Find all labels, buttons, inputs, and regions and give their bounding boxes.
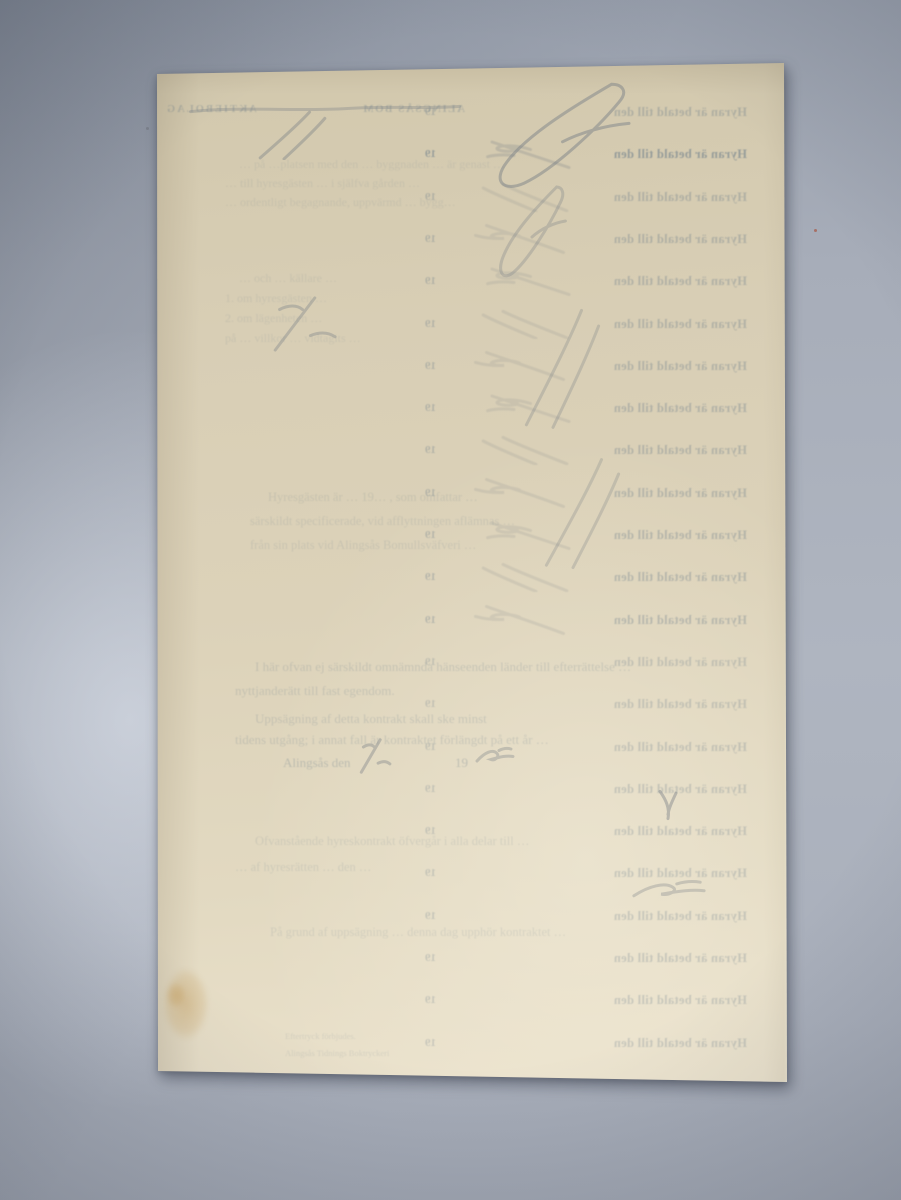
clause-fragment-b: … och … källare …1. om hyresgästen …2. o… bbox=[225, 268, 590, 348]
payment-row-label: Hyran är betald till den bbox=[614, 993, 747, 1008]
payment-row-year-stub: 19 bbox=[425, 910, 436, 922]
payment-row-year-stub: 19 bbox=[425, 106, 436, 118]
mirrored-payment-row: Hyran är betald till den19 bbox=[425, 357, 747, 375]
ghost-line: Alingsås Tidnings Boktryckeri bbox=[285, 1045, 545, 1062]
ghost-line: 2. om lägenheten … bbox=[225, 308, 590, 328]
payment-row-label: Hyran är betald till den bbox=[614, 105, 747, 120]
payment-row-label: Hyran är betald till den bbox=[614, 274, 747, 289]
paper-surface: ALINGSÅS BOM AKTIEBOLAG Hyran är betald … bbox=[155, 60, 789, 1086]
printer-imprint: Eftertryck förbjudes.Alingsås Tidnings B… bbox=[285, 1028, 545, 1062]
year-prefix: 19 bbox=[455, 755, 468, 771]
payment-row-signature-scribble bbox=[470, 562, 580, 592]
payment-row-label: Hyran är betald till den bbox=[614, 613, 747, 628]
payment-row-signature-scribble bbox=[470, 605, 580, 635]
payment-row-year-stub: 19 bbox=[425, 571, 436, 583]
clause-uppsägning: Uppsägning af detta kontrakt skall ske m… bbox=[235, 708, 675, 750]
date-line: Alingsås den19 bbox=[155, 755, 789, 775]
dust-speck bbox=[146, 127, 149, 130]
payment-row-year-stub: 19 bbox=[425, 783, 436, 795]
payment-row-label: Hyran är betald till den bbox=[614, 782, 747, 797]
ghost-line: på … villkor … vidtagits … bbox=[225, 328, 590, 348]
payment-row-signature-scribble bbox=[470, 224, 580, 254]
payment-row-label: Hyran är betald till den bbox=[614, 317, 747, 332]
ghost-line: Hyresgästen är … 19… , som omfattar … bbox=[250, 485, 660, 509]
payment-row-label: Hyran är betald till den bbox=[614, 1036, 747, 1051]
payment-row-label: Hyran är betald till den bbox=[614, 232, 747, 247]
clause-fragment-c: Hyresgästen är … 19… , som omfattar …sär… bbox=[250, 485, 660, 557]
clause-hänseenden: I här ofvan ej särskildt omnämnda hänsee… bbox=[235, 655, 675, 703]
payment-row-label: Hyran är betald till den bbox=[614, 443, 747, 458]
red-speck bbox=[814, 229, 817, 232]
photograph-of-document: { "photo": { "background_color": "#a8aeb… bbox=[0, 0, 901, 1200]
payment-row-signature-scribble bbox=[470, 351, 580, 381]
ghost-line: … ordentligt begagnande, uppvärmd … bygg… bbox=[225, 193, 590, 212]
mirrored-payment-row: Hyran är betald till den19 bbox=[425, 441, 747, 459]
payment-row-label: Hyran är betald till den bbox=[614, 570, 747, 585]
ghost-line: tidens utgång; i annat fall är kontrakte… bbox=[235, 729, 675, 750]
mirrored-company-suffix: AKTIEBOLAG bbox=[165, 104, 257, 115]
mirrored-payment-row: Hyran är betald till den19 bbox=[425, 780, 747, 798]
paper-sheet: ALINGSÅS BOM AKTIEBOLAG Hyran är betald … bbox=[155, 60, 789, 1086]
mirrored-payment-row: Hyran är betald till den19 bbox=[425, 949, 747, 967]
yellow-stain bbox=[155, 955, 217, 1053]
payment-row-signature-scribble bbox=[470, 435, 580, 465]
ghost-line: … till hyresgästen … i själfva gården … bbox=[225, 174, 590, 193]
payment-row-year-stub: 19 bbox=[425, 360, 436, 372]
ghost-line: … och … källare … bbox=[225, 268, 590, 288]
ghost-line: Ofvanstående hyreskontrakt öfvergår i al… bbox=[235, 828, 665, 854]
yellow-stain bbox=[163, 978, 189, 1012]
payment-row-signature-scribble bbox=[470, 393, 580, 423]
payment-row-year-stub: 19 bbox=[425, 994, 436, 1006]
payment-row-year-stub: 19 bbox=[425, 402, 436, 414]
ghost-line: … af hyresrätten … den … bbox=[235, 854, 665, 880]
payment-row-year-stub: 19 bbox=[425, 614, 436, 626]
mirrored-payment-row: Hyran är betald till den19 bbox=[425, 230, 747, 248]
payment-row-label: Hyran är betald till den bbox=[614, 190, 747, 205]
payment-row-label: Hyran är betald till den bbox=[614, 951, 747, 966]
mirrored-company-header: ALINGSÅS BOM AKTIEBOLAG bbox=[165, 100, 465, 118]
payment-row-year-stub: 19 bbox=[425, 952, 436, 964]
ghost-line: nyttjanderätt till fast egendom. bbox=[235, 679, 675, 703]
ghost-line: På grund af uppsägning … denna dag upphö… bbox=[250, 922, 680, 942]
ghost-line: från sin plats vid Alingsås Bomullsväfve… bbox=[250, 533, 660, 557]
place-date-label: Alingsås den bbox=[283, 755, 351, 771]
ghost-line: I här ofvan ej särskildt omnämnda hänsee… bbox=[235, 655, 675, 679]
mirrored-payment-row: Hyran är betald till den19 bbox=[425, 399, 747, 417]
mirrored-payment-row: Hyran är betald till den19 bbox=[425, 568, 747, 586]
ghost-line: Uppsägning af detta kontrakt skall ske m… bbox=[235, 708, 675, 729]
ghost-line: Eftertryck förbjudes. bbox=[285, 1028, 545, 1045]
clause-öfvergår: Ofvanstående hyreskontrakt öfvergår i al… bbox=[235, 828, 665, 880]
payment-row-label: Hyran är betald till den bbox=[614, 147, 747, 162]
clause-fragment-a: … på …platsen med den … byggnaden … är g… bbox=[225, 155, 590, 212]
payment-row-label: Hyran är betald till den bbox=[614, 359, 747, 374]
payment-row-label: Hyran är betald till den bbox=[614, 401, 747, 416]
payment-row-year-stub: 19 bbox=[425, 233, 436, 245]
mirrored-payment-row: Hyran är betald till den19 bbox=[425, 611, 747, 629]
payment-row-year-stub: 19 bbox=[425, 444, 436, 456]
ghost-line: … på …platsen med den … byggnaden … är g… bbox=[225, 155, 590, 174]
mirrored-payment-row: Hyran är betald till den19 bbox=[425, 991, 747, 1009]
mirrored-payment-row: Hyran är betald till den19 bbox=[425, 103, 747, 121]
ghost-line: 1. om hyresgästen … bbox=[225, 288, 590, 308]
ghost-line: särskildt specificerade, vid afflyttning… bbox=[250, 509, 660, 533]
clause-upphör: På grund af uppsägning … denna dag upphö… bbox=[250, 922, 680, 942]
